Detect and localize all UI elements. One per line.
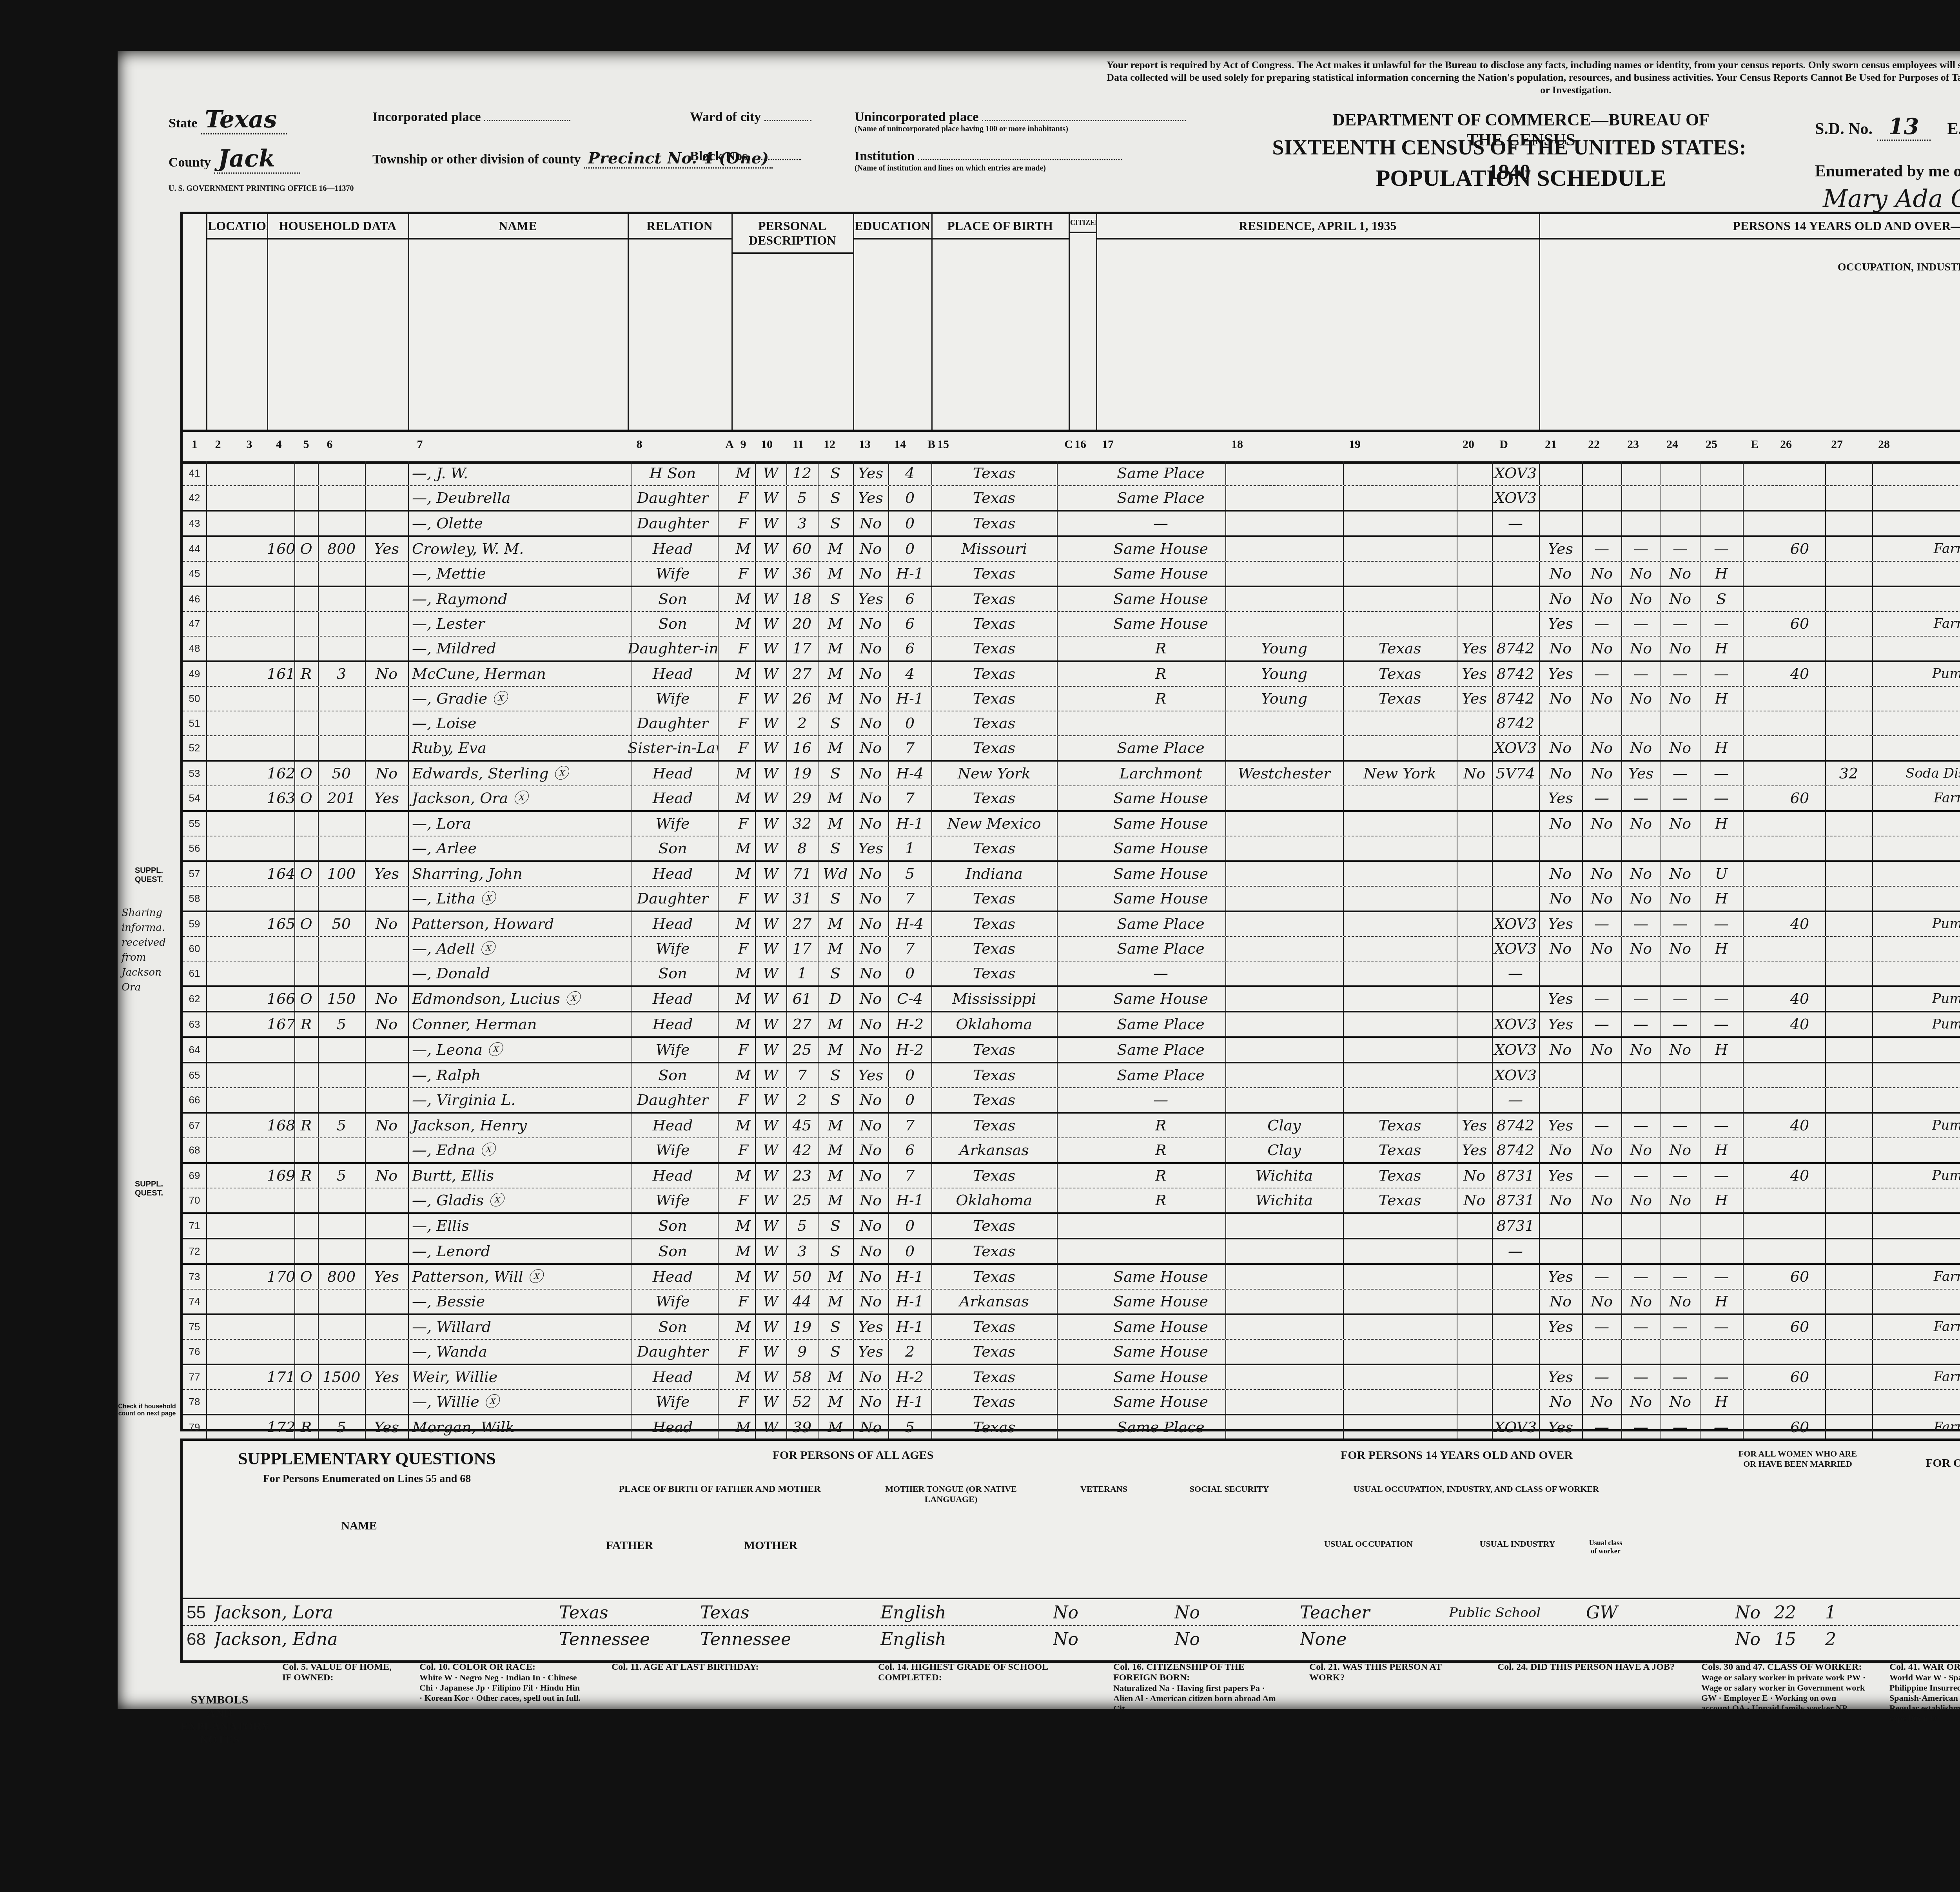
cell-dur [1825, 1164, 1873, 1188]
cell-birthplace: Texas [931, 1114, 1058, 1137]
cell-w23: No [1621, 937, 1661, 961]
confidentiality-notice: Your report is required by Act of Congre… [1105, 59, 1960, 96]
population-table: LOCATION HOUSEHOLD DATA NAME RELATION PE… [180, 212, 1960, 1431]
cell-value: 5 [318, 1164, 366, 1188]
cell-w22: No [1582, 736, 1622, 760]
cell-hh [267, 587, 295, 611]
suppl-title: SUPPLEMENTARY QUESTIONS For Persons Enum… [191, 1449, 543, 1485]
cell-w22 [1582, 836, 1622, 860]
cell-w25: H [1700, 937, 1744, 961]
enumeration-date: Enumerated by me on May 1, 1940. [1815, 155, 1960, 182]
cell-line: 71 [183, 1214, 207, 1238]
cell-value [318, 637, 366, 660]
cell-hours: 60 [1774, 786, 1826, 810]
cell-w22: No [1582, 587, 1622, 611]
cell-farm35 [1457, 1239, 1493, 1263]
cell-race: W [755, 736, 787, 760]
cell-w25: H [1700, 1390, 1744, 1414]
cell-w22: No [1582, 937, 1622, 961]
cell-school: Yes [853, 486, 889, 510]
cell-w25: — [1700, 762, 1744, 785]
cell-res1935: Same House [1096, 1340, 1226, 1364]
cell-county [1225, 1214, 1344, 1238]
cell-sex: M [731, 1239, 756, 1263]
cell-occupation [1872, 512, 1960, 535]
cell-dur [1825, 887, 1873, 911]
cell-relation: Wife [628, 1038, 719, 1062]
cell-sex: F [731, 812, 756, 836]
cell-dur [1825, 1038, 1873, 1062]
cell-county [1225, 812, 1344, 836]
cell-own: O [294, 1365, 319, 1389]
cell-county [1225, 786, 1344, 810]
cell-birthplace: Arkansas [931, 1138, 1058, 1162]
notes-title: SYMBOLS AND EXPLANATORY NOTES [180, 1693, 259, 1747]
cell-age: 20 [786, 612, 818, 636]
cell-value [318, 1038, 366, 1062]
cell-w21: No [1539, 562, 1583, 586]
cell-farm: Yes [365, 537, 409, 561]
cell-race: W [755, 612, 787, 636]
cell-dur [1825, 1214, 1873, 1238]
cell-marital: M [818, 662, 854, 686]
cell-name: McCune, Herman [408, 662, 632, 686]
cell-birthplace: Texas [931, 612, 1058, 636]
cell-dur [1825, 1315, 1873, 1339]
cell-occupation [1872, 862, 1960, 886]
cell-age: 71 [786, 862, 818, 886]
cell-hh [267, 637, 295, 660]
cell-occupation [1872, 1088, 1960, 1112]
cell-grade: 7 [888, 937, 932, 961]
cell-hh: 171 [267, 1365, 295, 1389]
informant-note: Sharing informa. received from Jackson O… [122, 905, 176, 995]
cell-w22: No [1582, 887, 1622, 911]
cell-grade: 6 [888, 1138, 932, 1162]
table-row: 61—, DonaldSonMW1SNo0Texas—— [183, 961, 1960, 987]
cell-w24: No [1661, 562, 1700, 586]
cell-farm35 [1457, 887, 1493, 911]
cell-farm [365, 1315, 409, 1339]
cell-occupation: Pumper [1872, 1012, 1960, 1036]
cell-res1935: Same House [1096, 562, 1226, 586]
column-number: 11 [786, 438, 810, 451]
cell-birthplace: Texas [931, 711, 1058, 735]
cell-w24 [1661, 1214, 1700, 1238]
cell-w23: No [1621, 736, 1661, 760]
cell-code: 5V74 [1492, 762, 1540, 785]
cell-school: Yes [853, 461, 889, 485]
cell-school: Yes [853, 1315, 889, 1339]
cell-w24 [1661, 961, 1700, 985]
cell-farm [365, 711, 409, 735]
cell-value: 150 [318, 987, 366, 1011]
cell-hours [1774, 1214, 1826, 1238]
unincorporated-field: Unincorporated place (Name of unincorpor… [855, 110, 1186, 134]
cell-sex: M [731, 786, 756, 810]
group-birthplace: PLACE OF BIRTH [931, 214, 1070, 430]
cell-age: 9 [786, 1340, 818, 1364]
cell-race: W [755, 1063, 787, 1087]
cell-line: 70 [183, 1188, 207, 1212]
cell-res1935: Same House [1096, 836, 1226, 860]
cell-w21: No [1539, 736, 1583, 760]
cell-marital: M [818, 1265, 854, 1289]
cell-relation: Son [628, 961, 719, 985]
cell-farm: Yes [365, 862, 409, 886]
cell-own: O [294, 987, 319, 1011]
cell-own [294, 1315, 319, 1339]
cell-w22: No [1582, 1390, 1622, 1414]
cell-sex: M [731, 987, 756, 1011]
state-field: State Texas [169, 106, 287, 134]
incorporated-place-field: Incorporated place [372, 110, 570, 125]
cell-hh [267, 937, 295, 961]
cell-state [1343, 537, 1457, 561]
cell-dur [1825, 1088, 1873, 1112]
cell-line: 65 [183, 1063, 207, 1087]
cell-age: 5 [786, 486, 818, 510]
cell-occupation [1872, 887, 1960, 911]
suppl-quest-tag-68: SUPPL. QUEST. [122, 1180, 176, 1198]
cell-code: 8731 [1492, 1188, 1540, 1212]
cell-occupation [1872, 937, 1960, 961]
cell-school: No [853, 637, 889, 660]
cell-occupation: Farmer [1872, 1415, 1960, 1439]
cell-race: W [755, 1365, 787, 1389]
cell-code: — [1492, 512, 1540, 535]
group-education: EDUCATION [853, 214, 933, 430]
cell-state [1343, 961, 1457, 985]
cell-birthplace: Texas [931, 1088, 1058, 1112]
cell-farm35 [1457, 537, 1493, 561]
cell-county: Westchester [1225, 762, 1344, 785]
cell-name: —, Gradie ⓧ [408, 687, 632, 711]
cell-w22 [1582, 1340, 1622, 1364]
cell-relation: Head [628, 1265, 719, 1289]
cell-school: No [853, 711, 889, 735]
cell-farm35 [1457, 836, 1493, 860]
cell-county [1225, 1365, 1344, 1389]
cell-w23: No [1621, 887, 1661, 911]
cell-state [1343, 1063, 1457, 1087]
cell-occupation [1872, 1188, 1960, 1212]
cell-w24: — [1661, 537, 1700, 561]
cell-farm: No [365, 912, 409, 936]
cell-w21: No [1539, 887, 1583, 911]
cell-birthplace: Texas [931, 1415, 1058, 1439]
cell-w25: — [1700, 1164, 1744, 1188]
col-line-no [183, 214, 207, 430]
cell-name: —, Raymond [408, 587, 632, 611]
cell-w25: H [1700, 1188, 1744, 1212]
cell-hours: 60 [1774, 1365, 1826, 1389]
cell-county [1225, 736, 1344, 760]
cell-school: No [853, 1012, 889, 1036]
cell-farm: No [365, 1114, 409, 1137]
cell-name: —, Wanda [408, 1340, 632, 1364]
group-citizenship: CITIZENSHIP [1069, 214, 1097, 430]
cell-name: —, Mildred [408, 637, 632, 660]
cell-hh [267, 512, 295, 535]
county-field: County Jack [169, 145, 300, 174]
cell-dur [1825, 1012, 1873, 1036]
cell-birthplace: Texas [931, 1214, 1058, 1238]
cell-w22: — [1582, 537, 1622, 561]
cell-county [1225, 1415, 1344, 1439]
cell-value: 5 [318, 1415, 366, 1439]
cell-w22: No [1582, 1188, 1622, 1212]
cell-hours [1774, 862, 1826, 886]
cell-age: 7 [786, 1063, 818, 1087]
cell-own [294, 1138, 319, 1162]
cell-occupation [1872, 562, 1960, 586]
cell-occupation [1872, 1138, 1960, 1162]
cell-birthplace: Indiana [931, 862, 1058, 886]
cell-hours: 40 [1774, 662, 1826, 686]
cell-race: W [755, 887, 787, 911]
cell-hours [1774, 1038, 1826, 1062]
cell-relation: Daughter [628, 1088, 719, 1112]
cell-res1935: Same House [1096, 862, 1226, 886]
cell-value [318, 812, 366, 836]
cell-birthplace: Texas [931, 1239, 1058, 1263]
cell-res1935: Same House [1096, 812, 1226, 836]
cell-farm35: Yes [1457, 662, 1493, 686]
cell-dur [1825, 912, 1873, 936]
cell-race: W [755, 1188, 787, 1212]
cell-county [1225, 1239, 1344, 1263]
cell-occupation: Farmer [1872, 1315, 1960, 1339]
cell-age: 23 [786, 1164, 818, 1188]
group-personal: PERSONAL DESCRIPTION [731, 214, 854, 430]
census-sheet: Your report is required by Act of Congre… [118, 51, 1960, 1709]
cell-age: 39 [786, 1415, 818, 1439]
cell-w21 [1539, 1063, 1583, 1087]
cell-grade: C-4 [888, 987, 932, 1011]
cell-name: —, Deubrella [408, 486, 632, 510]
cell-value: 1500 [318, 1365, 366, 1389]
cell-hh: 167 [267, 1012, 295, 1036]
cell-hh [267, 961, 295, 985]
column-number: 9 [731, 438, 755, 451]
cell-grade: H-2 [888, 1012, 932, 1036]
cell-hh [267, 486, 295, 510]
cell-w24: No [1661, 1290, 1700, 1313]
cell-school: No [853, 786, 889, 810]
cell-w22 [1582, 1088, 1622, 1112]
cell-hh [267, 562, 295, 586]
cell-line: 45 [183, 562, 207, 586]
cell-w21: Yes [1539, 912, 1583, 936]
cell-school: No [853, 1390, 889, 1414]
cell-sex: F [731, 562, 756, 586]
cell-w21: No [1539, 1038, 1583, 1062]
cell-age: 1 [786, 961, 818, 985]
cell-code: 8742 [1492, 711, 1540, 735]
cell-w21: No [1539, 687, 1583, 711]
cell-marital: Wd [818, 862, 854, 886]
cell-county [1225, 537, 1344, 561]
cell-relation: Son [628, 1315, 719, 1339]
cell-own: O [294, 786, 319, 810]
cell-occupation [1872, 836, 1960, 860]
cell-school: No [853, 912, 889, 936]
cell-w22: No [1582, 687, 1622, 711]
cell-sex: F [731, 711, 756, 735]
cell-res1935: Same Place [1096, 1063, 1226, 1087]
table-row: 60—, Adell ⓧWifeFW17MNo7TexasSame PlaceX… [183, 937, 1960, 961]
cell-code [1492, 987, 1540, 1011]
cell-name: —, Olette [408, 512, 632, 535]
cell-race: W [755, 687, 787, 711]
cell-line: 46 [183, 587, 207, 611]
cell-school: No [853, 1365, 889, 1389]
cell-farm: No [365, 762, 409, 785]
cell-res1935: R [1096, 1164, 1226, 1188]
cell-race: W [755, 587, 787, 611]
cell-birthplace: New Mexico [931, 812, 1058, 836]
cell-county: Young [1225, 662, 1344, 686]
cell-farm35: Yes [1457, 687, 1493, 711]
cell-own [294, 812, 319, 836]
cell-w21 [1539, 711, 1583, 735]
cell-school: No [853, 961, 889, 985]
cell-farm [365, 961, 409, 985]
cell-own [294, 1390, 319, 1414]
cell-sex: F [731, 512, 756, 535]
cell-hours [1774, 836, 1826, 860]
cell-marital: S [818, 512, 854, 535]
cell-w24 [1661, 461, 1700, 485]
cell-w23: No [1621, 1038, 1661, 1062]
cell-value [318, 961, 366, 985]
cell-county [1225, 1038, 1344, 1062]
cell-farm35 [1457, 937, 1493, 961]
cell-marital: M [818, 786, 854, 810]
cell-dur [1825, 1114, 1873, 1137]
cell-age: 27 [786, 912, 818, 936]
cell-w23: — [1621, 912, 1661, 936]
cell-age: 50 [786, 1265, 818, 1289]
cell-marital: M [818, 1415, 854, 1439]
cell-value: 50 [318, 912, 366, 936]
cell-line: 72 [183, 1239, 207, 1263]
cell-farm [365, 1390, 409, 1414]
cell-hh: 168 [267, 1114, 295, 1137]
cell-w21: Yes [1539, 1164, 1583, 1188]
cell-name: Ruby, Eva [408, 736, 632, 760]
cell-school: No [853, 1265, 889, 1289]
cell-w22: No [1582, 762, 1622, 785]
cell-w25: H [1700, 1138, 1744, 1162]
cell-own: R [294, 1164, 319, 1188]
supplementary-questions: SUPPLEMENTARY QUESTIONS For Persons Enum… [180, 1439, 1960, 1663]
cell-line: 52 [183, 736, 207, 760]
cell-code: 8731 [1492, 1164, 1540, 1188]
cell-res1935 [1096, 1239, 1226, 1263]
cell-state: New York [1343, 762, 1457, 785]
cell-race: W [755, 1038, 787, 1062]
cell-race: W [755, 1340, 787, 1364]
cell-occupation: Farmer [1872, 612, 1960, 636]
cell-sex: F [731, 637, 756, 660]
cell-name: —, Lester [408, 612, 632, 636]
cell-marital: M [818, 937, 854, 961]
cell-code: XOV3 [1492, 937, 1540, 961]
cell-county [1225, 1012, 1344, 1036]
cell-farm35: Yes [1457, 1138, 1493, 1162]
cell-grade: H-1 [888, 562, 932, 586]
cell-sex: M [731, 1415, 756, 1439]
cell-w22: — [1582, 1164, 1622, 1188]
cell-farm: No [365, 662, 409, 686]
cell-hh: 172 [267, 1415, 295, 1439]
cell-school: No [853, 887, 889, 911]
group-name: NAME [408, 214, 629, 430]
cell-res1935: — [1096, 1088, 1226, 1112]
cell-hh: 164 [267, 862, 295, 886]
cell-farm35: Yes [1457, 637, 1493, 660]
cell-value [318, 1188, 366, 1212]
cell-w23: — [1621, 1315, 1661, 1339]
column-number: 5 [294, 438, 318, 451]
cell-grade: 0 [888, 961, 932, 985]
cell-name: —, Mettie [408, 562, 632, 586]
cell-w22 [1582, 512, 1622, 535]
cell-name: —, Edna ⓧ [408, 1138, 632, 1162]
cell-relation: Son [628, 1214, 719, 1238]
cell-farm [365, 887, 409, 911]
cell-farm: No [365, 1164, 409, 1188]
cell-age: 19 [786, 1315, 818, 1339]
cell-county: Wichita [1225, 1164, 1344, 1188]
cell-line: 77 [183, 1365, 207, 1389]
cell-farm [365, 1088, 409, 1112]
cell-line: 64 [183, 1038, 207, 1062]
cell-w21: Yes [1539, 1012, 1583, 1036]
cell-own: R [294, 1114, 319, 1137]
cell-state [1343, 486, 1457, 510]
column-number: 16 [1069, 438, 1092, 451]
cell-hours: 60 [1774, 612, 1826, 636]
cell-hours [1774, 486, 1826, 510]
cell-w25: — [1700, 1012, 1744, 1036]
cell-birthplace: Texas [931, 887, 1058, 911]
cell-relation: Son [628, 836, 719, 860]
cell-own [294, 512, 319, 535]
cell-value [318, 461, 366, 485]
cell-w21: No [1539, 1290, 1583, 1313]
cell-school: No [853, 937, 889, 961]
cell-hours [1774, 762, 1826, 785]
column-number: 28 [1872, 438, 1896, 451]
cell-grade: 2 [888, 1340, 932, 1364]
cell-name: —, Donald [408, 961, 632, 985]
cell-name: —, Willard [408, 1315, 632, 1339]
cell-w22: — [1582, 1012, 1622, 1036]
table-row: 75—, WillardSonMW19SYesH-1TexasSame Hous… [183, 1315, 1960, 1340]
cell-w23: — [1621, 612, 1661, 636]
column-number: 19 [1343, 438, 1367, 451]
cell-county: Young [1225, 637, 1344, 660]
cell-w23: — [1621, 1114, 1661, 1137]
cell-marital: S [818, 711, 854, 735]
cell-farm35: No [1457, 1188, 1493, 1212]
cell-grade: 0 [888, 486, 932, 510]
cell-w23: — [1621, 537, 1661, 561]
cell-hh [267, 461, 295, 485]
